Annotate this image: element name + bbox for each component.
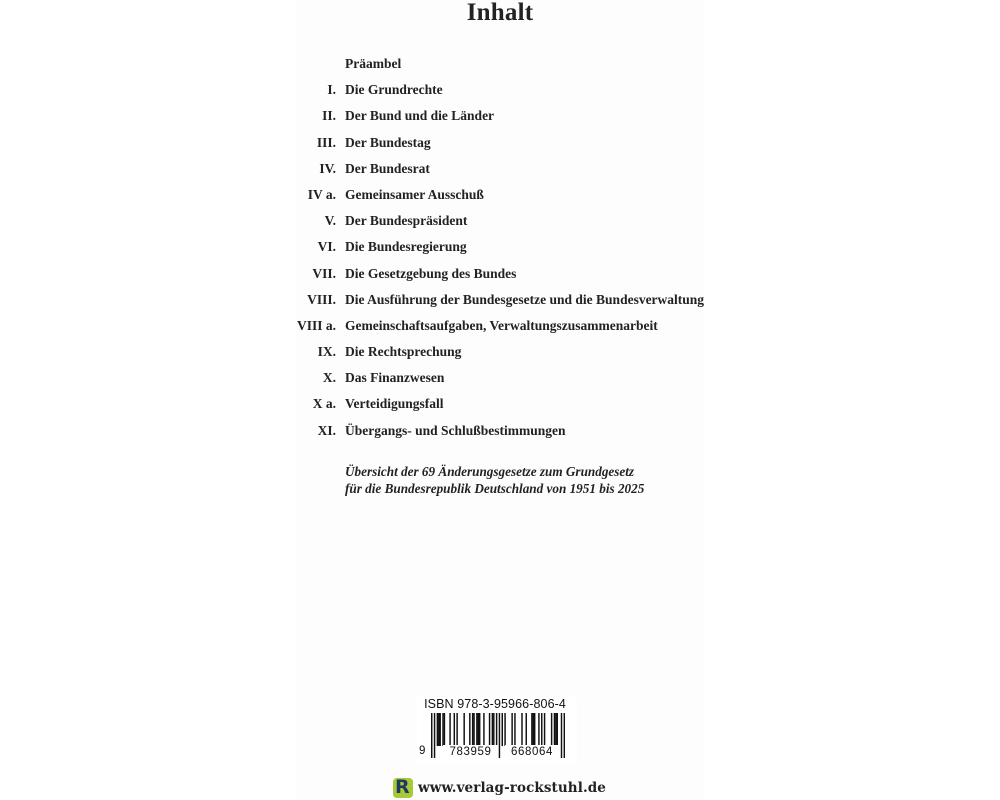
toc-numeral: II. — [322, 107, 336, 125]
toc-item: IV.Der Bundesrat — [296, 160, 704, 186]
toc-title: Verteidigungsfall — [345, 395, 444, 413]
toc-title: Die Rechtsprechung — [345, 343, 461, 361]
toc-title: Präambel — [345, 55, 401, 73]
toc-numeral: I. — [327, 81, 336, 99]
toc-numeral: VI. — [318, 238, 336, 256]
isbn-label: ISBN 978-3-95966-806-4 — [420, 697, 570, 711]
toc-title: Die Grundrechte — [345, 81, 443, 99]
amendments-note-line-1: Übersicht der 69 Änderungsgesetze zum Gr… — [345, 463, 644, 480]
toc-numeral: VIII. — [307, 291, 336, 309]
barcode-right-digits: 668064 — [505, 745, 559, 759]
toc-numeral: III. — [317, 134, 336, 152]
publisher-logo-icon: R — [393, 778, 413, 798]
toc-item: V.Der Bundespräsident — [296, 212, 704, 238]
toc-item: I.Die Grundrechte — [296, 81, 704, 107]
toc-title: Der Bund und die Länder — [345, 107, 494, 125]
toc-numeral: IV a. — [308, 186, 336, 204]
publisher-url-link[interactable]: www.verlag-rockstuhl.de — [418, 780, 606, 796]
publisher-logo-letter: R — [395, 778, 410, 798]
toc-title: Der Bundestag — [345, 134, 431, 152]
toc-title: Der Bundespräsident — [345, 212, 467, 230]
toc-title: Die Ausführung der Bundesgesetze und die… — [345, 291, 704, 309]
toc-title: Übergangs- und Schlußbestimmungen — [345, 422, 566, 440]
isbn-barcode: ISBN 978-3-95966-806-4 9 783959 668064 — [417, 697, 577, 765]
toc-numeral: X. — [323, 369, 336, 387]
toc-numeral: VII. — [312, 265, 336, 283]
barcode-left-digits: 783959 — [443, 745, 498, 759]
amendments-note-line-2: für die Bundesrepublik Deutschland von 1… — [345, 480, 644, 497]
table-of-contents: PräambelI.Die GrundrechteII.Der Bund und… — [296, 55, 704, 448]
toc-item: III.Der Bundestag — [296, 134, 704, 160]
toc-item: Präambel — [296, 55, 704, 81]
toc-item: XI.Übergangs- und Schlußbestimmungen — [296, 422, 704, 448]
toc-numeral: IX. — [318, 343, 336, 361]
barcode-lead-digit: 9 — [419, 745, 425, 757]
amendments-note: Übersicht der 69 Änderungsgesetze zum Gr… — [345, 463, 644, 497]
toc-title: Das Finanzwesen — [345, 369, 444, 387]
toc-numeral: XI. — [318, 422, 336, 440]
toc-numeral: IV. — [319, 160, 336, 178]
toc-item: IV a.Gemeinsamer Ausschuß — [296, 186, 704, 212]
page-title: Inhalt — [296, 0, 704, 26]
toc-numeral: VIII a. — [297, 317, 336, 335]
toc-title: Der Bundesrat — [345, 160, 430, 178]
toc-item: VIII a.Gemeinschaftsaufgaben, Verwaltung… — [296, 317, 704, 343]
book-back-page: Inhalt PräambelI.Die GrundrechteII.Der B… — [296, 0, 704, 800]
toc-title: Die Gesetzgebung des Bundes — [345, 265, 516, 283]
toc-item: X a.Verteidigungsfall — [296, 395, 704, 421]
toc-title: Die Bundesregierung — [345, 238, 467, 256]
toc-item: VI.Die Bundesregierung — [296, 238, 704, 264]
toc-title: Gemeinschaftsaufgaben, Verwaltungszusamm… — [345, 317, 658, 335]
toc-numeral: X a. — [313, 395, 336, 413]
publisher-footer: R www.verlag-rockstuhl.de — [393, 777, 606, 799]
toc-item: VIII.Die Ausführung der Bundesgesetze un… — [296, 291, 704, 317]
toc-item: II.Der Bund und die Länder — [296, 107, 704, 133]
toc-title: Gemeinsamer Ausschuß — [345, 186, 484, 204]
toc-item: IX.Die Rechtsprechung — [296, 343, 704, 369]
toc-item: VII.Die Gesetzgebung des Bundes — [296, 265, 704, 291]
toc-item: X.Das Finanzwesen — [296, 369, 704, 395]
toc-numeral: V. — [325, 212, 336, 230]
